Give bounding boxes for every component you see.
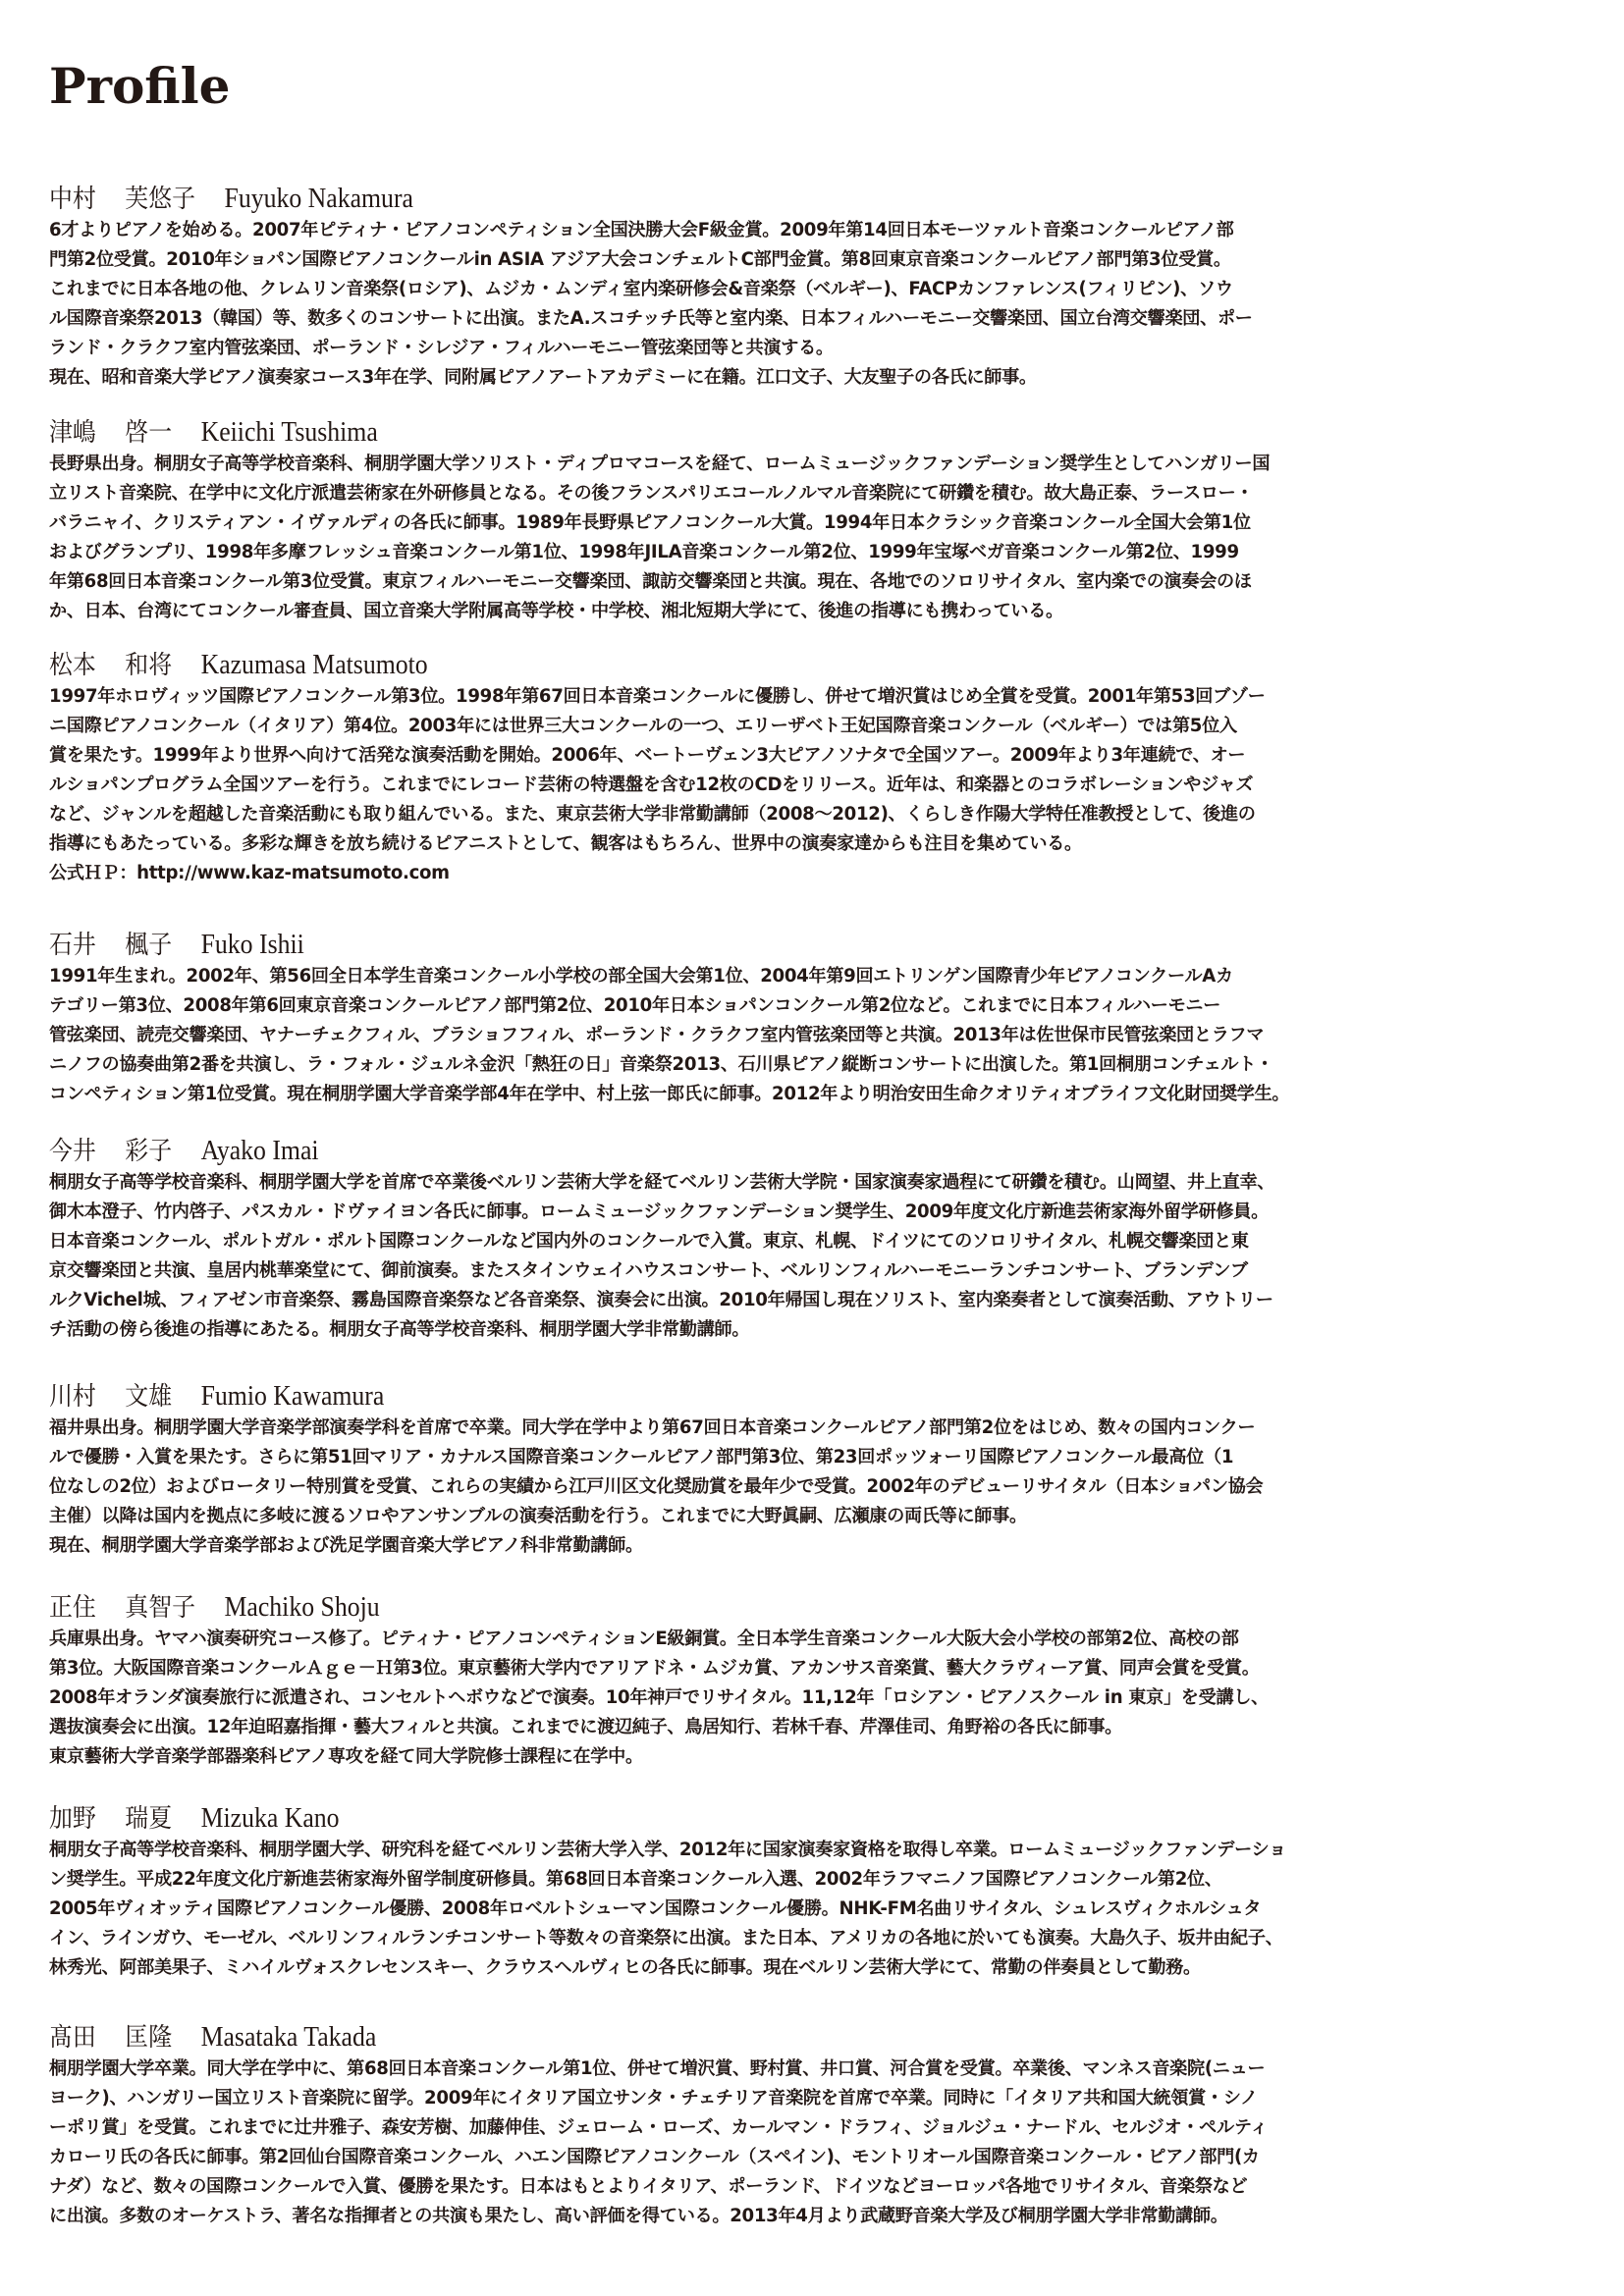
bio-line: 現在、昭和音楽大学ピアノ演奏家コース3年在学、同附属ピアノアートアカデミーに在籍… [49,363,1576,393]
bio-line: 立リスト音楽院、在学中に文化庁派遣芸術家在外研修員となる。その後フランスパリエコ… [49,479,1576,508]
profile-matsumoto: 松本和将Kazumasa Matsumoto 1997年ホロヴィッツ国際ピアノコ… [49,649,1581,888]
profile-bio: 桐朋女子高等学校音楽科、桐朋学園大学を首席で卒業後ベルリン芸術大学を経てベルリン… [49,1168,1581,1345]
bio-line: ルで優勝・入賞を果たす。さらに第51回マリア・カナルス国際音楽コンクールピアノ部… [49,1443,1576,1472]
bio-line: バラニャイ、クリスティアン・イヴァルディの各氏に師事。1989年長野県ピアノコン… [49,508,1576,538]
name-en: Masataka Takada [201,2022,377,2053]
profile-bio: 兵庫県出身。ヤマハ演奏研究コース修了。ピティナ・ピアノコンペティションE級銅賞。… [49,1625,1581,1772]
name-en: Kazumasa Matsumoto [201,650,428,680]
bio-line: 賞を果たす。1999年より世界へ向けて活発な演奏活動を開始。2006年、ベートー… [49,741,1576,771]
bio-line: 2005年ヴィオッティ国際ピアノコンクール優勝、2008年ロベルトシューマン国際… [49,1895,1576,1924]
bio-line: 1991年生まれ。2002年、第56回全日本学生音楽コンクール小学校の部全国大会… [49,962,1576,991]
bio-line: これまでに日本各地の他、クレムリン音楽祭(ロシア)、ムジカ・ムンディ室内楽研修会… [49,275,1576,304]
bio-line: 位なしの2位）およびロータリー特別賞を受賞、これらの実績から江戸川区文化奨励賞を… [49,1472,1576,1502]
name-family-ja: 津嶋 [49,418,96,448]
profile-bio: 長野県出身。桐朋女子高等学校音楽科、桐朋学園大学ソリスト・ディプロマコースを経て… [49,450,1581,626]
profile-name: 髙田匡隆Masataka Takada [49,2021,1458,2055]
bio-line: テゴリー第3位、2008年第6回東京音楽コンクールピアノ部門第2位、2010年日… [49,991,1576,1021]
profile-nakamura: 中村芙悠子Fuyuko Nakamura 6才よりピアノを始める。2007年ピテ… [49,183,1581,393]
bio-line: 1997年ホロヴィッツ国際ピアノコンクール第3位。1998年第67回日本音楽コン… [49,682,1576,712]
bio-line: 指導にもあたっている。多彩な輝きを放ち続けるピアニストとして、観客はもちろん、世… [49,829,1576,859]
bio-line: 年第68回日本音楽コンクール第3位受賞。東京フィルハーモニー交響楽団、諏訪交響楽… [49,567,1576,597]
bio-line: など、ジャンルを超越した音楽活動にも取り組んでいる。また、東京芸術大学非常勤講師… [49,800,1576,829]
profile-bio: 桐朋学園大学卒業。同大学在学中に、第68回日本音楽コンクール第1位、併せて増沢賞… [49,2055,1581,2231]
bio-line: 桐朋女子高等学校音楽科、桐朋学園大学、研究科を経てベルリン芸術大学入学、2012… [49,1836,1576,1865]
name-family-ja: 松本 [49,651,96,680]
bio-line: チ活動の傍ら後進の指導にあたる。桐朋女子高等学校音楽科、桐朋学園大学非常勤講師。 [49,1315,1576,1345]
profile-name: 加野瑞夏Mizuka Kano [49,1802,1458,1836]
page-title: Profile [49,57,230,116]
bio-line: 兵庫県出身。ヤマハ演奏研究コース修了。ピティナ・ピアノコンペティションE級銅賞。… [49,1625,1576,1654]
name-given-ja: 彩子 [125,1137,172,1166]
bio-line: ニノフの協奏曲第2番を共演し、ラ・フォル・ジュルネ金沢「熱狂の日」音楽祭2013… [49,1050,1576,1080]
bio-line: 桐朋女子高等学校音楽科、桐朋学園大学を首席で卒業後ベルリン芸術大学を経てベルリン… [49,1168,1576,1198]
bio-line: 2008年オランダ演奏旅行に派遣され、コンセルトヘボウなどで演奏。10年神戸でリ… [49,1683,1576,1713]
bio-line: か、日本、台湾にてコンクール審査員、国立音楽大学附属高等学校・中学校、湘北短期大… [49,597,1576,626]
profile-bio: 福井県出身。桐朋学園大学音楽学部演奏学科を首席で卒業。同大学在学中より第67回日… [49,1414,1581,1561]
profile-kano: 加野瑞夏Mizuka Kano 桐朋女子高等学校音楽科、桐朋学園大学、研究科を経… [49,1802,1581,1983]
name-given-ja: 文雄 [125,1382,172,1412]
name-family-ja: 今井 [49,1137,96,1166]
profile-name: 川村文雄Fumio Kawamura [49,1380,1458,1414]
bio-line: イン、ラインガウ、モーゼル、ベルリンフィルランチコンサート等数々の音楽祭に出演。… [49,1924,1576,1953]
bio-line: 管弦楽団、読売交響楽団、ヤナーチェクフィル、ブラショフフィル、ポーランド・クラク… [49,1021,1576,1050]
name-given-ja: 芙悠子 [125,185,195,214]
bio-line: 門第2位受賞。2010年ショパン国際ピアノコンクールin ASIA アジア大会コ… [49,245,1576,275]
bio-line: 東京藝術大学音楽学部器楽科ピアノ専攻を経て同大学院修士課程に在学中。 [49,1742,1576,1772]
name-given-ja: 和将 [125,651,172,680]
profile-tsushima: 津嶋啓一Keiichi Tsushima 長野県出身。桐朋女子高等学校音楽科、桐… [49,416,1581,626]
name-en: Ayako Imai [201,1136,319,1166]
bio-line: 6才よりピアノを始める。2007年ピティナ・ピアノコンペティション全国決勝大会F… [49,216,1576,245]
bio-line: ヨーク)、ハンガリー国立リスト音楽院に留学。2009年にイタリア国立サンタ・チェ… [49,2084,1576,2113]
profile-takada: 髙田匡隆Masataka Takada 桐朋学園大学卒業。同大学在学中に、第68… [49,2021,1581,2231]
name-family-ja: 中村 [49,185,96,214]
profile-name: 松本和将Kazumasa Matsumoto [49,649,1458,682]
homepage-link[interactable]: 公式ＨＰ：http://www.kaz-matsumoto.com [49,859,1576,888]
bio-line: 桐朋学園大学卒業。同大学在学中に、第68回日本音楽コンクール第1位、併せて増沢賞… [49,2055,1576,2084]
name-en: Machiko Shoju [225,1592,380,1623]
name-family-ja: 髙田 [49,2023,96,2053]
bio-line: カローリ氏の各氏に師事。第2回仙台国際音楽コンクール、ハエン国際ピアノコンクール… [49,2143,1576,2172]
name-given-ja: 匡隆 [125,2023,172,2053]
bio-line: 現在、桐朋学園大学音楽学部および洗足学園音楽大学ピアノ科非常勤講師。 [49,1531,1576,1561]
profile-bio: 6才よりピアノを始める。2007年ピティナ・ピアノコンペティション全国決勝大会F… [49,216,1581,393]
bio-line: コンペティション第1位受賞。現在桐朋学園大学音楽学部4年在学中、村上弦一郎氏に師… [49,1080,1576,1109]
bio-line: ランド・クラクフ室内管弦楽団、ポーランド・シレジア・フィルハーモニー管弦楽団等と… [49,334,1576,363]
profile-bio: 1991年生まれ。2002年、第56回全日本学生音楽コンクール小学校の部全国大会… [49,962,1581,1109]
bio-line: 日本音楽コンクール、ポルトガル・ポルト国際コンクールなど国内外のコンクールで入賞… [49,1227,1576,1256]
bio-line: ル国際音楽祭2013（韓国）等、数多くのコンサートに出演。またA.スコチッチ氏等… [49,304,1576,334]
name-family-ja: 正住 [49,1593,96,1623]
bio-line: ルクVichel城、フィアゼン市音楽祭、霧島国際音楽祭など各音楽祭、演奏会に出演… [49,1286,1576,1315]
name-en: Keiichi Tsushima [201,417,378,448]
bio-line: およびグランプリ、1998年多摩フレッシュ音楽コンクール第1位、1998年JIL… [49,538,1576,567]
name-en: Fuko Ishii [201,930,304,960]
bio-line: に出演。多数のオーケストラ、著名な指揮者との共演も果たし、高い評価を得ている。2… [49,2202,1576,2231]
profile-name: 津嶋啓一Keiichi Tsushima [49,416,1458,450]
bio-line: 長野県出身。桐朋女子高等学校音楽科、桐朋学園大学ソリスト・ディプロマコースを経て… [49,450,1576,479]
name-given-ja: 瑞夏 [125,1804,172,1834]
profile-bio: 桐朋女子高等学校音楽科、桐朋学園大学、研究科を経てベルリン芸術大学入学、2012… [49,1836,1581,1983]
profile-name: 今井彩子Ayako Imai [49,1135,1458,1168]
name-en: Fuyuko Nakamura [225,184,413,214]
name-given-ja: 楓子 [125,931,172,960]
bio-line: ルショパンプログラム全国ツアーを行う。これまでにレコード芸術の特選盤を含む12枚… [49,771,1576,800]
bio-line: 林秀光、阿部美果子、ミハイルヴォスクレセンスキー、クラウスヘルヴィヒの各氏に師事… [49,1953,1576,1983]
bio-line: 主催）以降は国内を拠点に多岐に渡るソロやアンサンブルの演奏活動を行う。これまでに… [49,1502,1576,1531]
bio-line: ン奨学生。平成22年度文化庁新進芸術家海外留学制度研修員。第68回日本音楽コンク… [49,1865,1576,1895]
bio-line: ナダ）など、数々の国際コンクールで入賞、優勝を果たす。日本はもとよりイタリア、ポ… [49,2172,1576,2202]
name-given-ja: 啓一 [125,418,172,448]
profile-imai: 今井彩子Ayako Imai 桐朋女子高等学校音楽科、桐朋学園大学を首席で卒業後… [49,1135,1581,1345]
name-family-ja: 石井 [49,931,96,960]
profile-name: 中村芙悠子Fuyuko Nakamura [49,183,1458,216]
bio-line: ーポリ賞」を受賞。これまでに辻井雅子、森安芳樹、加藤伸佳、ジェローム・ローズ、カ… [49,2113,1576,2143]
bio-line: 京交響楽団と共演、皇居内桃華楽堂にて、御前演奏。またスタインウェイハウスコンサー… [49,1256,1576,1286]
bio-line: 福井県出身。桐朋学園大学音楽学部演奏学科を首席で卒業。同大学在学中より第67回日… [49,1414,1576,1443]
profile-ishii: 石井楓子Fuko Ishii 1991年生まれ。2002年、第56回全日本学生音… [49,929,1581,1109]
profile-shoju: 正住真智子Machiko Shoju 兵庫県出身。ヤマハ演奏研究コース修了。ピテ… [49,1591,1581,1772]
name-family-ja: 加野 [49,1804,96,1834]
bio-line: 第3位。大阪国際音楽コンクールＡｇｅ－Ｈ第3位。東京藝術大学内でアリアドネ・ムジ… [49,1654,1576,1683]
name-en: Mizuka Kano [201,1803,340,1834]
bio-line: 御木本澄子、竹内啓子、パスカル・ドヴァイヨン各氏に師事。ロームミュージックファン… [49,1198,1576,1227]
bio-line: 選抜演奏会に出演。12年迫昭嘉指揮・藝大フィルと共演。これまでに渡辺純子、鳥居知… [49,1713,1576,1742]
bio-line: ニ国際ピアノコンクール（イタリア）第4位。2003年には世界三大コンクールの一つ… [49,712,1576,741]
profile-name: 正住真智子Machiko Shoju [49,1591,1458,1625]
name-family-ja: 川村 [49,1382,96,1412]
profile-bio: 1997年ホロヴィッツ国際ピアノコンクール第3位。1998年第67回日本音楽コン… [49,682,1581,888]
profile-kawamura: 川村文雄Fumio Kawamura 福井県出身。桐朋学園大学音楽学部演奏学科を… [49,1380,1581,1561]
profile-name: 石井楓子Fuko Ishii [49,929,1458,962]
name-given-ja: 真智子 [125,1593,195,1623]
name-en: Fumio Kawamura [201,1381,385,1412]
